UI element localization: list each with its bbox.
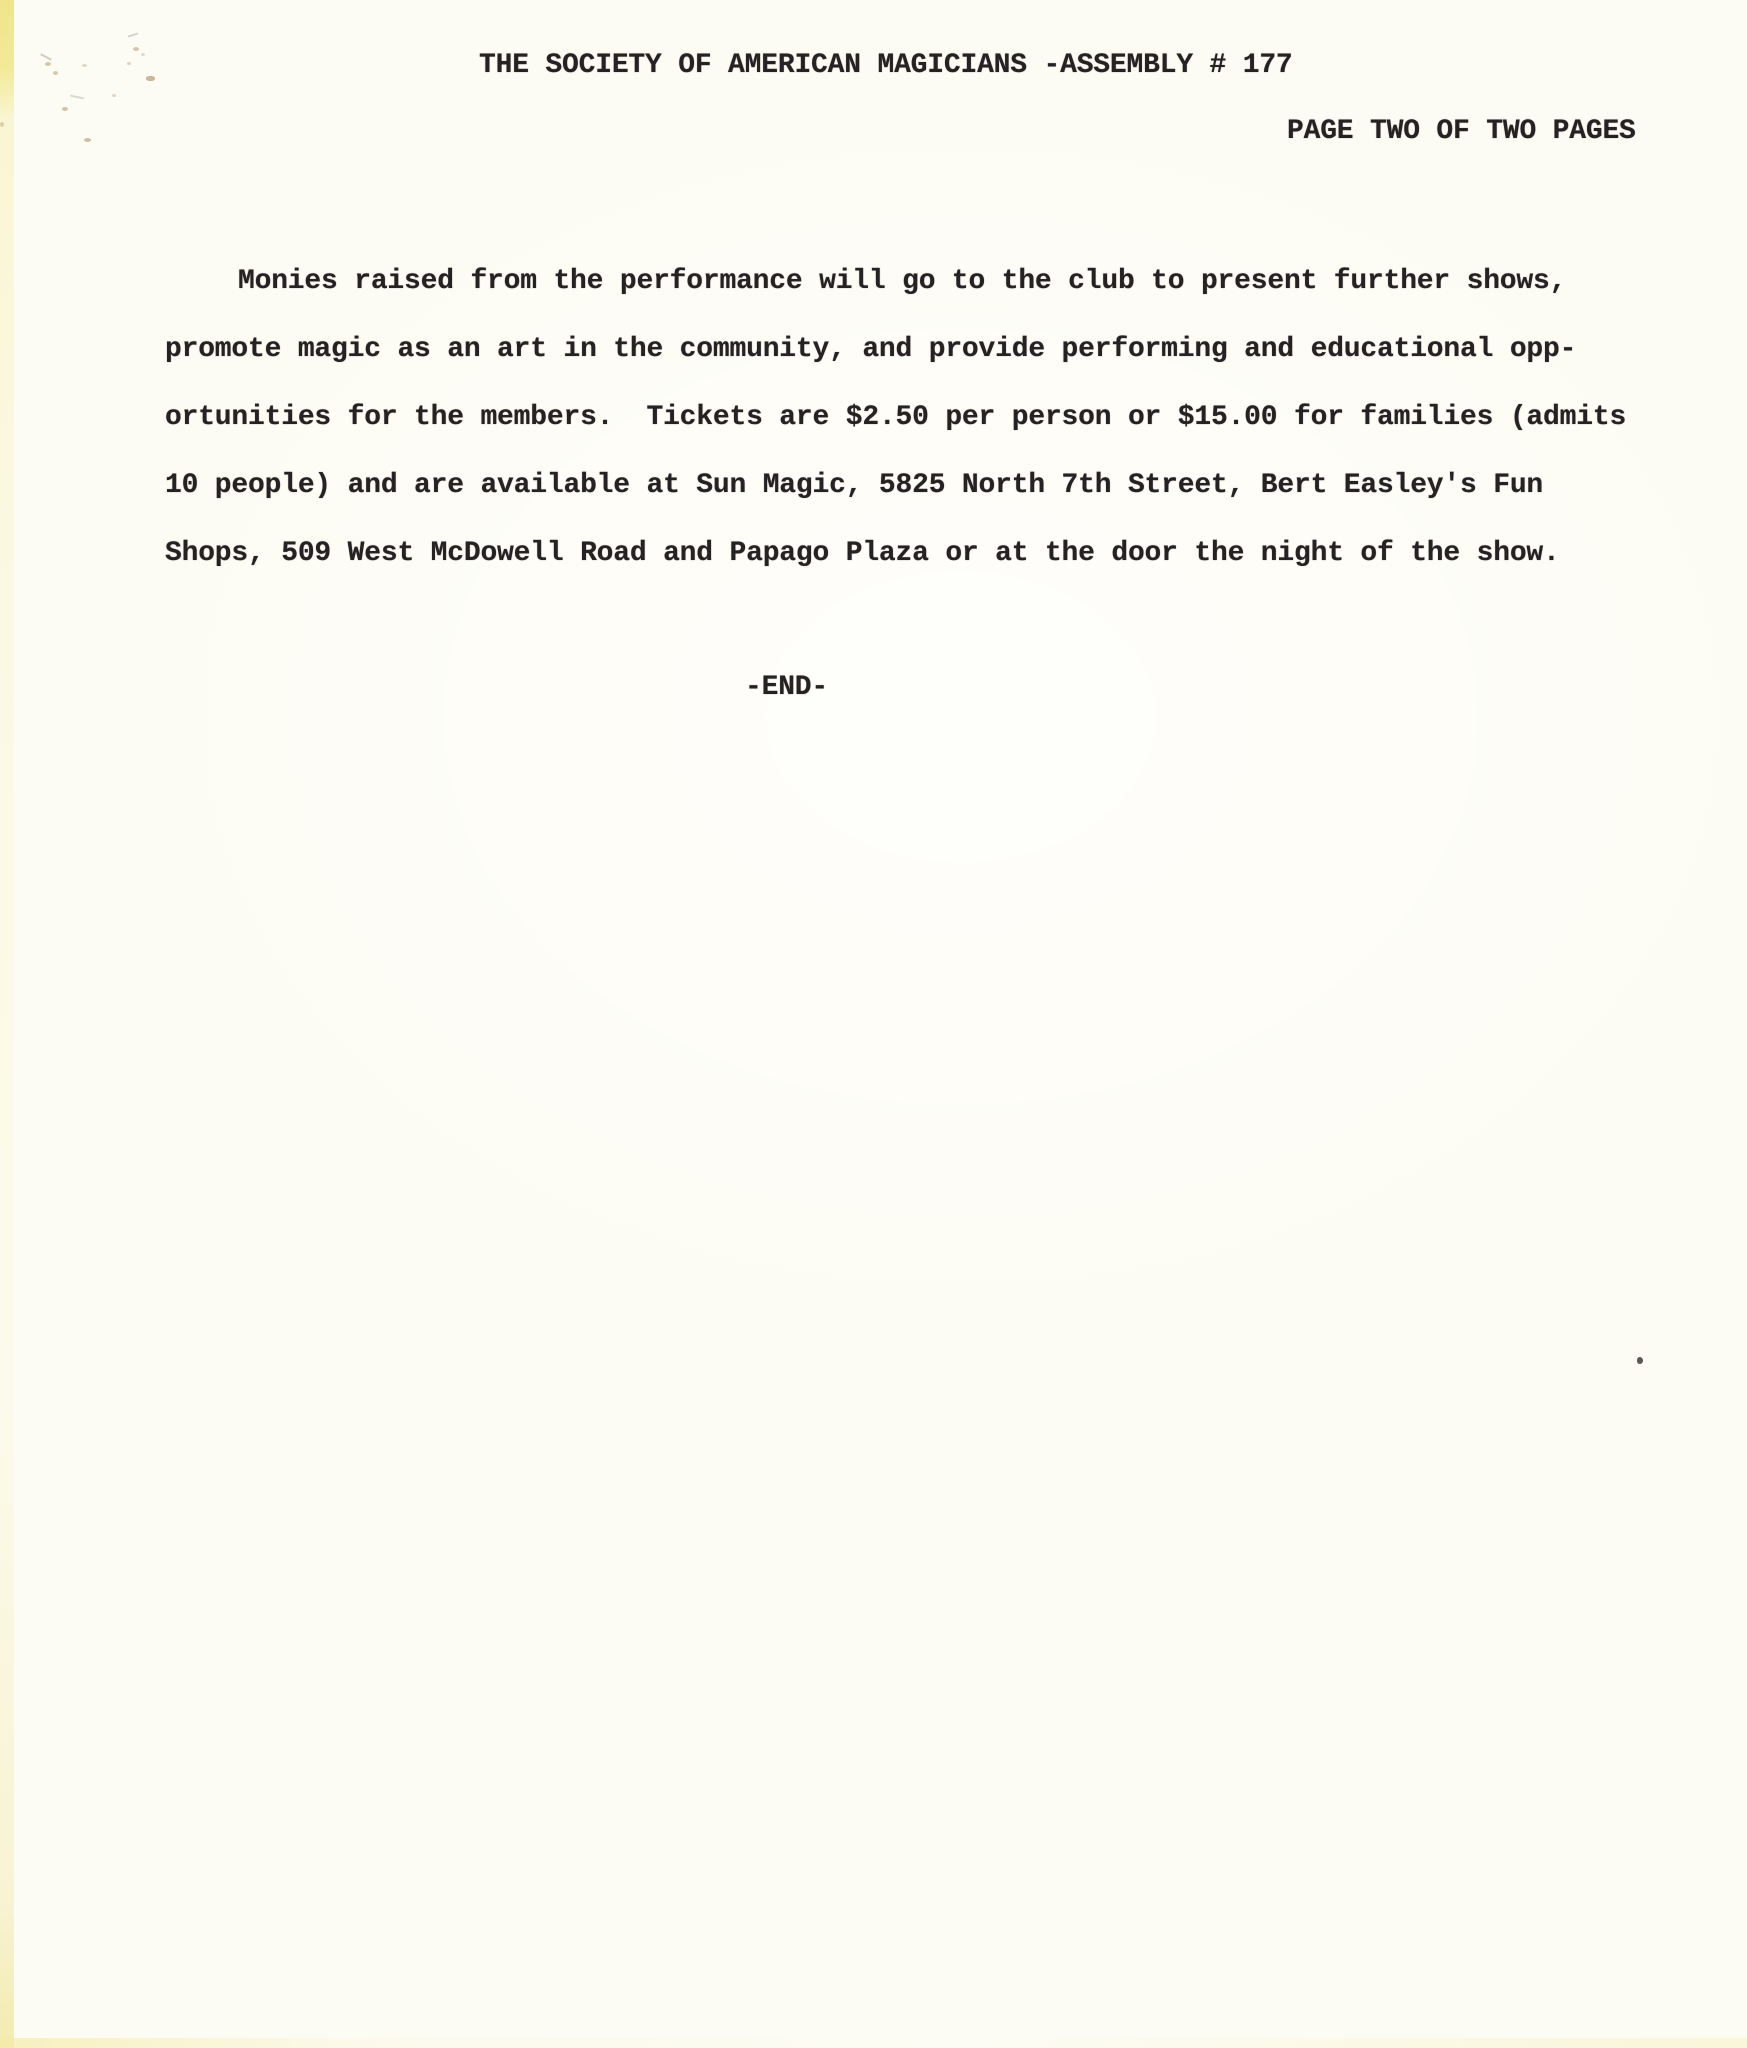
paper-speckle bbox=[146, 76, 155, 81]
body-paragraph: Monies raised from the performance will … bbox=[165, 248, 1665, 588]
body-line-3: ortunities for the members. Tickets are … bbox=[165, 384, 1665, 452]
paper-speckle bbox=[112, 94, 116, 97]
paper-speckle bbox=[0, 122, 4, 127]
scan-edge-right bbox=[1735, 0, 1747, 2048]
scan-edge-bottom bbox=[0, 2038, 1747, 2048]
scan-edge-left bbox=[0, 0, 14, 2048]
paper-speckle bbox=[127, 62, 131, 65]
pencil-smudge bbox=[40, 53, 52, 60]
end-marker: -END- bbox=[745, 672, 828, 703]
body-line-2: promote magic as an art in the community… bbox=[165, 316, 1665, 384]
paper-speckle bbox=[53, 71, 58, 75]
paper-speckle bbox=[82, 64, 87, 67]
pencil-smudge bbox=[70, 95, 84, 100]
scan-edge-top bbox=[0, 0, 1747, 8]
paper-speckle bbox=[141, 53, 145, 56]
body-line-1: Monies raised from the performance will … bbox=[165, 248, 1665, 316]
paper-speckle bbox=[133, 47, 139, 51]
body-line-5: Shops, 509 West McDowell Road and Papago… bbox=[165, 520, 1665, 588]
document-title: THE SOCIETY OF AMERICAN MAGICIANS -ASSEM… bbox=[479, 50, 1293, 81]
body-line-4: 10 people) and are available at Sun Magi… bbox=[165, 452, 1665, 520]
paper-speckle bbox=[45, 62, 51, 66]
document-page: THE SOCIETY OF AMERICAN MAGICIANS -ASSEM… bbox=[0, 0, 1747, 2048]
pencil-smudge bbox=[128, 33, 138, 38]
page-indicator: PAGE TWO OF TWO PAGES bbox=[1287, 116, 1636, 147]
paper-speckle bbox=[84, 138, 91, 142]
paper-speckle bbox=[62, 107, 68, 111]
ink-spot bbox=[1637, 1357, 1643, 1364]
